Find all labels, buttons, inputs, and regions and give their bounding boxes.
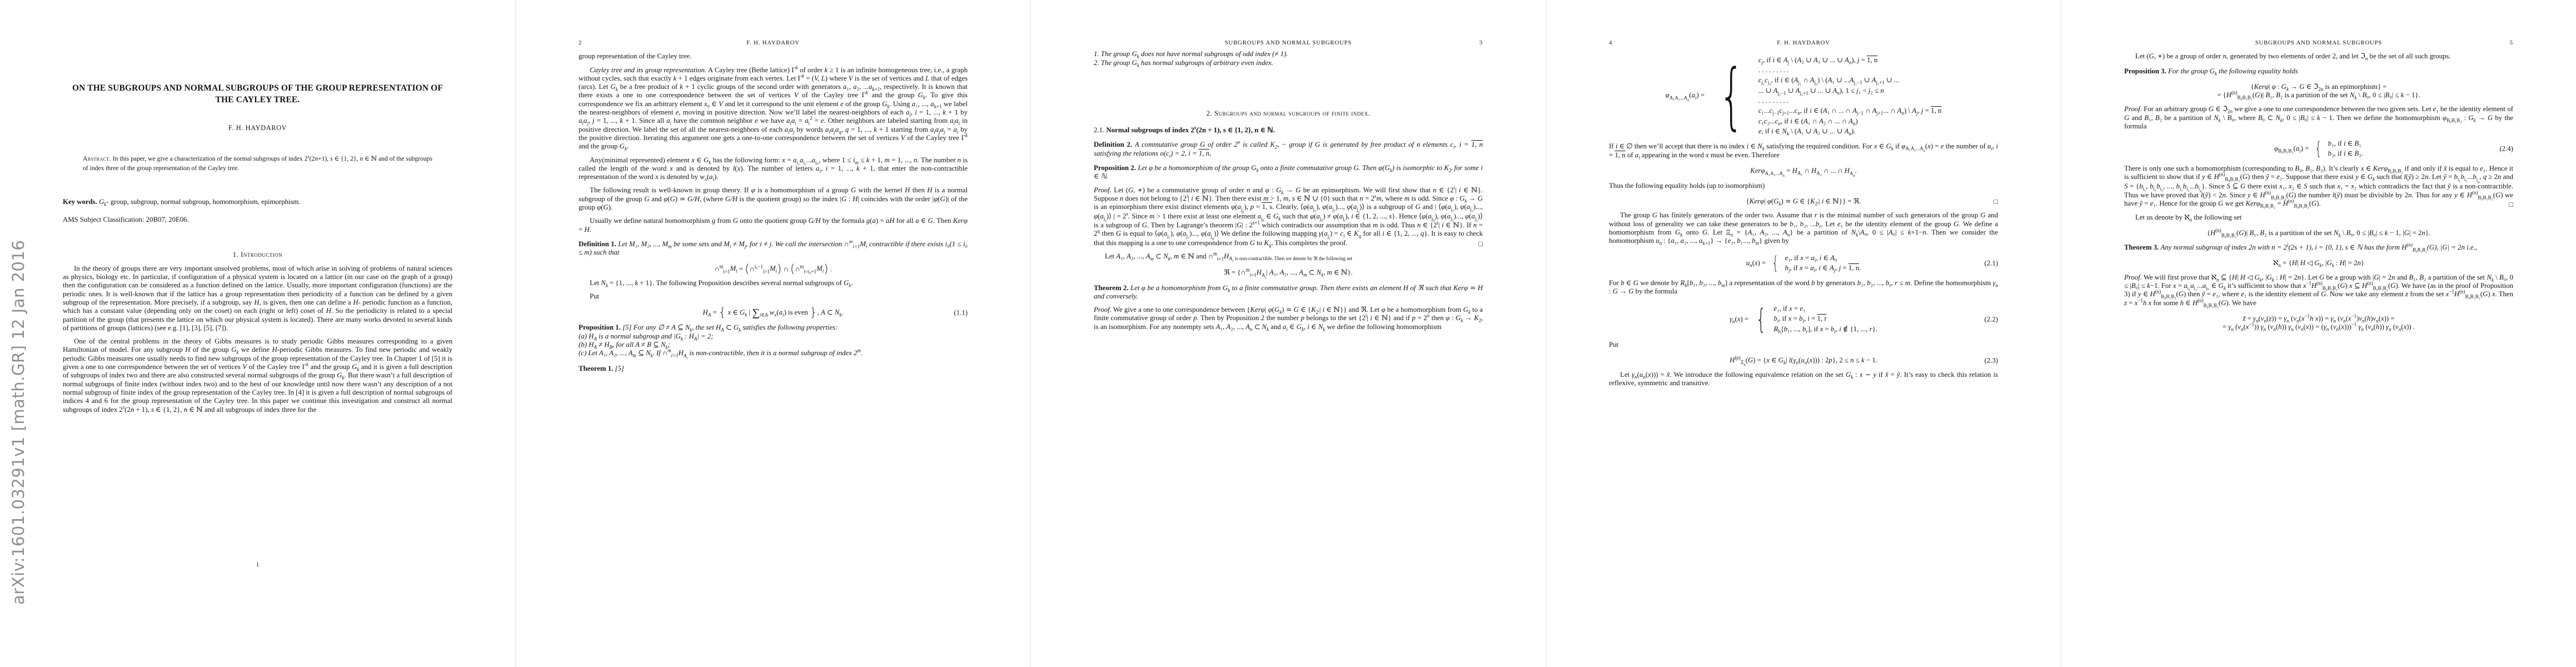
running-head: SUBGROUPS AND NORMAL SUBGROUPS 5 (2124, 39, 2513, 47)
theorem-block: 1. The group Gk does not have normal sub… (1094, 50, 1483, 67)
theorem-block: Theorem 2. Let φ be a homomorphism from … (1094, 284, 1483, 301)
theorem-block: Theorem 1. [5] (579, 365, 968, 373)
display-equation: {Kerφ| φ(Gk) ≃ G ∈ {K2ⁱ| i ∈ ℕ}} = ℜ.□ (1609, 197, 1998, 206)
running-head-left (2124, 39, 2152, 47)
case-line: cj, if i ∈ Aj \ (A₂ ∪ A₃ ∪ ... ∪ An), j … (1758, 55, 1941, 65)
abstract: Abstract. In this paper, we give a chara… (83, 155, 432, 173)
paragraph: The following result is well-known in gr… (579, 186, 968, 212)
cases-equation: φB₀B₁B₂(ai) ={b₁, if i ∈ B₁b₂, if i ∈ B₂… (2124, 138, 2513, 159)
equation-lhs: φB₀B₁B₂(ai) = (2274, 145, 2309, 153)
case-line: . . . . . . . . . (1758, 96, 1941, 106)
paper-scan-canvas: arXiv:1601.03291v1 [math.GR] 12 Jan 2016… (0, 0, 2576, 667)
running-head-left (1094, 39, 1122, 47)
running-head: 2 F. H. HAYDAROV (579, 39, 968, 47)
paragraph: One of the central problems in the theor… (63, 337, 452, 414)
case-line: Rbi[b₁, ..., br], if x = bi, i ∉ {1, ...… (1773, 324, 1877, 335)
paper-page-3: SUBGROUPS AND NORMAL SUBGROUPS 3 1. The … (1030, 0, 1546, 667)
theorem-block: Theorem 3. Any normal subgroup of index … (2124, 243, 2513, 252)
running-head: SUBGROUPS AND NORMAL SUBGROUPS 3 (1094, 39, 1483, 47)
paragraph: There is only one such a homomorphism (c… (2124, 165, 2513, 208)
running-head-page-number: 3 (1455, 39, 1483, 47)
equation-number: (2.1) (1984, 259, 1998, 267)
arxiv-stamp: arXiv:1601.03291v1 [math.GR] 12 Jan 2016 (9, 240, 28, 605)
keywords: Key words. Gk- group, subgroup, normal s… (63, 198, 452, 206)
paragraph: Proof. For an arbitrary group G ∈ ℑ2n we… (2124, 105, 2513, 131)
equation-number: (2.3) (1984, 356, 1998, 365)
paragraph: In the theory of groups there are very i… (63, 265, 452, 332)
paragraph: Cayley tree and its group representation… (579, 66, 968, 151)
running-head-page-number: 5 (2485, 39, 2513, 47)
display-equation: ℵn = {H| H ◁ Gk, |Gk : H| = 2n} (2124, 259, 2513, 267)
page-4-body: 4 F. H. HAYDAROV φA₁A₂...An(ai) ={cj, if… (1609, 0, 1998, 388)
page-2-body: 2 F. H. HAYDAROV group representation of… (579, 0, 968, 373)
page-number: 1 (63, 561, 452, 569)
case-line: cj₁cj₂, if i ∈ (Aj₁ ∩ Aj₂) \ (A₁ ∪ ...Aj… (1758, 76, 1941, 86)
section-heading: 2. Subgroups and normal subgroups of fin… (1094, 109, 1483, 118)
running-head: 4 F. H. HAYDAROV (1609, 39, 1998, 47)
page-3-content: 1. The group Gk does not have normal sub… (1094, 50, 1483, 331)
subsection-heading: 2.1. Normal subgroups of index 2s(2n + 1… (1094, 126, 1483, 135)
page-5-content: Let (G, ∗) be a group of order n, genera… (2124, 52, 2513, 331)
page-1-footer: 1 (63, 547, 452, 569)
paragraph: Let us denote by ℵn the following set (2124, 213, 2513, 222)
display-equation: HA = { x ∈ Gk | ∑i∈A wx(ai) is even }, A… (579, 308, 968, 317)
paragraph: Thus the following equality holds (up to… (1609, 182, 1998, 190)
case-line: . . . . . . . . . (1758, 66, 1941, 76)
running-head-title: SUBGROUPS AND NORMAL SUBGROUPS (2152, 39, 2485, 47)
case-brace: { (1756, 308, 1766, 331)
case-line: c₁...cj−1cj+1...cn, if i ∈ (A₁ ∩ ... ∩ A… (1758, 106, 1941, 116)
cases-equation: un(x) ={e₁, if x = ai, i ∈ A₀bj, if x = … (1609, 253, 1998, 273)
section-heading: 1. Introduction (63, 251, 452, 259)
running-head-page-number: 4 (1609, 39, 1637, 47)
case-line: e₁, if x = e₁ (1773, 304, 1877, 314)
running-head-title: F. H. HAYDAROV (606, 39, 940, 47)
case-line: b₂, if i ∈ B₂. (2328, 149, 2363, 159)
display-equation: H(p)Ξn(G) = {x ∈ Gk| l(γn(un(x))) : 2p},… (1609, 356, 1998, 365)
author-name: F. H. HAYDAROV (63, 124, 452, 132)
case-brace: { (2315, 141, 2321, 156)
equation-lhs: γn(x) = (1730, 315, 1748, 323)
paragraph: Usually we define natural homomorphism g… (579, 217, 968, 234)
display-equation: ℜ = {∩mi=1HAi| A₁, A₂, ..., Am ⊂ Nk, m ∈… (1094, 268, 1483, 277)
running-head-right (1970, 39, 1998, 47)
paragraph: Let Nk = {1, ..., k + 1}. The following … (579, 279, 968, 287)
case-line: c₁c₂...cn, if i ∈ (A₁ ∩ A₂ ∩ ... ∩ An) (1758, 116, 1941, 126)
paragraph: group representation of the Cayley tree. (579, 52, 968, 61)
paragraph: Put (1609, 341, 1998, 349)
theorem-block: Definition 1. Let M₁, M₂, ..., Mm be som… (579, 240, 968, 257)
display-equation: KerφA₁A₂...An = HA₁ ∩ HA₂ ∩ ... ∩ HAn. (1609, 167, 1998, 176)
case-line: b₁, if i ∈ B₁ (2328, 138, 2363, 148)
display-equation: {Kerφ| φ : Gk → G ∈ ℑ2n is an epimorphis… (2124, 83, 2513, 100)
case-line: e, if i ∈ Nk \ (A₁ ∪ A₂ ∪ ... ∪ An). (1758, 126, 1941, 136)
page-4-content: φA₁A₂...An(ai) ={cj, if i ∈ Aj \ (A₂ ∪ A… (1609, 55, 1998, 387)
theorem-block: Proposition 3. For the group Gk the foll… (2124, 67, 2513, 76)
theorem-block: Definition 2. A commutative group G of o… (1094, 141, 1483, 158)
paragraph: Any(minimal represented) element x ∈ Gk … (579, 156, 968, 182)
running-head-title: SUBGROUPS AND NORMAL SUBGROUPS (1122, 39, 1455, 47)
equation-number: (2.2) (1984, 315, 1998, 323)
paper-page-4: 4 F. H. HAYDAROV φA₁A₂...An(ai) ={cj, if… (1546, 0, 2061, 667)
paragraph: Proof. Let (G, ∗) be a commutative group… (1094, 186, 1483, 247)
paragraph: Proof. We will first prove that ℵn ⊆ {H|… (2124, 273, 2513, 307)
equation-number: (1.1) (954, 308, 968, 317)
paragraph: Let (G, ∗) be a group of order n, genera… (2124, 52, 2513, 61)
case-line: bi, if x = bi, i = 1, r (1773, 314, 1877, 324)
paragraph: If i ∈ ∅ then we’ll accept that there is… (1609, 142, 1998, 160)
ams-classification: AMS Subject Classification: 20B07, 20E06… (63, 216, 452, 224)
display-equation: z̃ = γn(vn(z)) = γn (vn(x−1h x)) = γn (v… (2124, 315, 2513, 332)
page-3-body: SUBGROUPS AND NORMAL SUBGROUPS 3 1. The … (1094, 0, 1483, 331)
theorem-block: Proposition 2. Let φ be a homomorphism o… (1094, 164, 1483, 181)
paper-page-1: arXiv:1601.03291v1 [math.GR] 12 Jan 2016… (0, 0, 515, 667)
case-line: ... ∪ Aj₂−1 ∪ Aj₂+1 ∪ ... ∪ An), 1 ≤ j₁ … (1758, 86, 1941, 96)
case-line: e₁, if x = ai, i ∈ A₀ (1785, 253, 1861, 263)
paper-page-5: SUBGROUPS AND NORMAL SUBGROUPS 5 Let (G,… (2061, 0, 2576, 667)
cases-equation: φA₁A₂...An(ai) ={cj, if i ∈ Aj \ (A₂ ∪ A… (1609, 55, 1998, 136)
page-2-content: group representation of the Cayley tree.… (579, 52, 968, 373)
equation-number: □ (1994, 197, 1998, 206)
running-head-page-number: 2 (579, 39, 606, 47)
theorem-block: Proposition 1. [5] For any ∅ ≠ A ⊆ Nk, t… (579, 323, 968, 358)
paragraph: The group G has finitely generators of t… (1609, 211, 1998, 245)
equation-lhs: un(x) = (1746, 259, 1766, 267)
paper-title: ON THE SUBGROUPS AND NORMAL SUBGROUPS OF… (66, 82, 449, 106)
running-head-title: F. H. HAYDAROV (1637, 39, 1970, 47)
paragraph: Put (579, 292, 968, 301)
case-line: bj, if x = ai, i ∈ Aj, j = 1, n. (1785, 263, 1861, 273)
paragraph: For b ∈ G we denote by Rb[b₁, b₂, ..., b… (1609, 279, 1998, 296)
paragraph: Proof. We give a one to one corresponden… (1094, 306, 1483, 331)
display-equation: {H(n)B₀B₁B₂(G)| B₁, B₂ is a partition of… (2124, 229, 2513, 237)
paper-page-2: 2 F. H. HAYDAROV group representation of… (515, 0, 1030, 667)
case-brace: { (1719, 65, 1744, 127)
equation-lhs: φA₁A₂...An(ai) = (1666, 91, 1705, 100)
display-equation: ∩mi=1Mi = (∩i₀−1i=1Mi) ∩ (∩mi=i₀+1Mi) . (579, 265, 968, 273)
case-brace: { (1772, 256, 1778, 271)
equation-number: (2.4) (2499, 145, 2513, 153)
page-1-body: ON THE SUBGROUPS AND NORMAL SUBGROUPS OF… (63, 0, 452, 414)
cases-equation: γn(x) ={e₁, if x = e₁bi, if x = bi, i = … (1609, 304, 1998, 335)
page-5-body: SUBGROUPS AND NORMAL SUBGROUPS 5 Let (G,… (2124, 0, 2513, 337)
paragraph: Let γn(un(x))) = x̃. We introduce the fo… (1609, 371, 1998, 388)
paragraph: Let A₁, A₂, ..., Am ⊂ Nk, m ∈ ℕ and ∩mi=… (1094, 252, 1483, 261)
running-head-right (940, 39, 968, 47)
